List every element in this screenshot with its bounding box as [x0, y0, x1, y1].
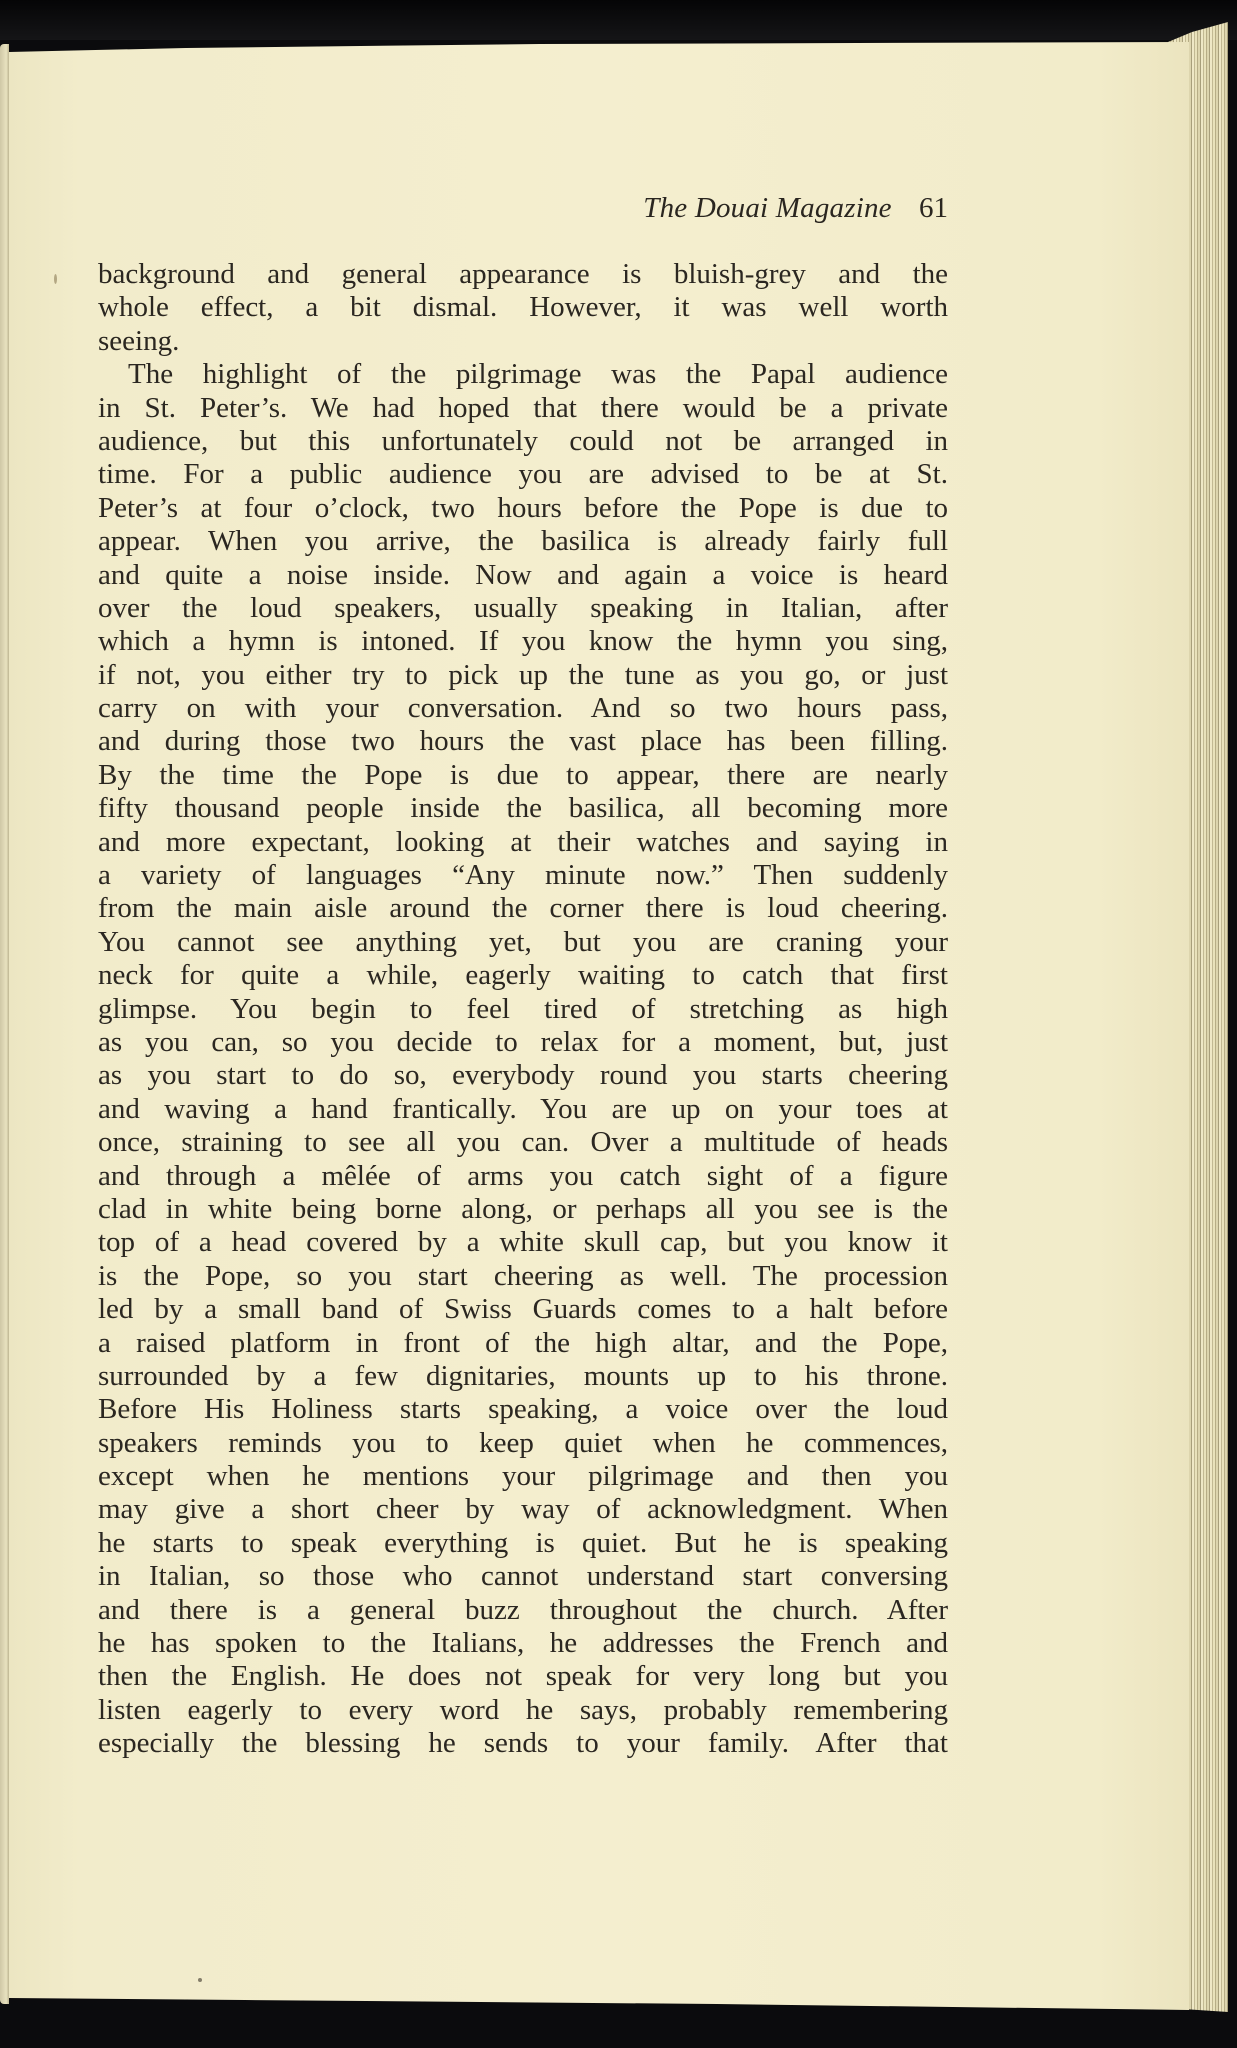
text-line: especially the blessing he sends to your…: [98, 1727, 948, 1760]
text-line: as you start to do so, everybody round y…: [98, 1059, 948, 1092]
scanned-book-page: The Douai Magazine 61 background and gen…: [0, 0, 1237, 2048]
text-line: which a hymn is intoned. If you know the…: [98, 625, 948, 658]
text-line: neck for quite a while, eagerly waiting …: [98, 959, 948, 992]
left-page-edge: [0, 44, 9, 2004]
text-line: You cannot see anything yet, but you are…: [98, 926, 948, 959]
text-line: Peter’s at four o’clock, two hours befor…: [98, 492, 948, 525]
text-line: a raised platform in front of the high a…: [98, 1327, 948, 1360]
text-line: top of a head covered by a white skull c…: [98, 1226, 948, 1259]
text-line: in St. Peter’s. We had hoped that there …: [98, 392, 948, 425]
text-line: carry on with your conversation. And so …: [98, 692, 948, 725]
text-line: whole effect, a bit dismal. However, it …: [98, 291, 948, 324]
text-line: then the English. He does not speak for …: [98, 1660, 948, 1693]
book-cover-background: [0, 0, 1237, 40]
text-line: background and general appearance is blu…: [98, 258, 948, 291]
text-line: seeing.: [98, 325, 948, 358]
paper-speck: [54, 274, 57, 284]
text-line: glimpse. You begin to feel tired of stre…: [98, 993, 948, 1026]
text-line: is the Pope, so you start cheering as we…: [98, 1260, 948, 1293]
text-line: By the time the Pope is due to appear, t…: [98, 759, 948, 792]
text-line: as you can, so you decide to relax for a…: [98, 1026, 948, 1059]
paper-speck: [198, 1978, 202, 1982]
text-line: and there is a general buzz throughout t…: [98, 1594, 948, 1627]
page-number: 61: [919, 188, 948, 228]
text-line: audience, but this unfortunately could n…: [98, 425, 948, 458]
running-title: The Douai Magazine: [643, 192, 891, 224]
text-line: clad in white being borne along, or perh…: [98, 1193, 948, 1226]
text-line: except when he mentions your pilgrimage …: [98, 1460, 948, 1493]
text-line: in Italian, so those who cannot understa…: [98, 1560, 948, 1593]
text-line: speakers reminds you to keep quiet when …: [98, 1427, 948, 1460]
text-line: time. For a public audience you are advi…: [98, 458, 948, 491]
text-line: may give a short cheer by way of acknowl…: [98, 1493, 948, 1526]
text-line: listen eagerly to every word he says, pr…: [98, 1694, 948, 1727]
text-line: from the main aisle around the corner th…: [98, 892, 948, 925]
text-line: and waving a hand frantically. You are u…: [98, 1093, 948, 1126]
text-line: and during those two hours the vast plac…: [98, 725, 948, 758]
text-line: and through a mêlée of arms you catch si…: [98, 1160, 948, 1193]
text-line: over the loud speakers, usually speaking…: [98, 592, 948, 625]
text-line: a variety of languages “Any minute now.”…: [98, 859, 948, 892]
text-line: he starts to speak everything is quiet. …: [98, 1527, 948, 1560]
text-line: he has spoken to the Italians, he addres…: [98, 1627, 948, 1660]
text-line: fifty thousand people inside the basilic…: [98, 792, 948, 825]
text-line: surrounded by a few dignitaries, mounts …: [98, 1360, 948, 1393]
text-line: and quite a noise inside. Now and again …: [98, 559, 948, 592]
text-line: appear. When you arrive, the basilica is…: [98, 525, 948, 558]
running-header: The Douai Magazine 61: [98, 188, 948, 228]
text-line: and more expectant, looking at their wat…: [98, 826, 948, 859]
body-text: background and general appearance is blu…: [98, 258, 948, 1761]
text-line: The highlight of the pilgrimage was the …: [98, 358, 948, 391]
text-line: once, straining to see all you can. Over…: [98, 1126, 948, 1159]
text-line: if not, you either try to pick up the tu…: [98, 659, 948, 692]
text-line: Before His Holiness starts speaking, a v…: [98, 1393, 948, 1426]
text-line: led by a small band of Swiss Guards come…: [98, 1293, 948, 1326]
